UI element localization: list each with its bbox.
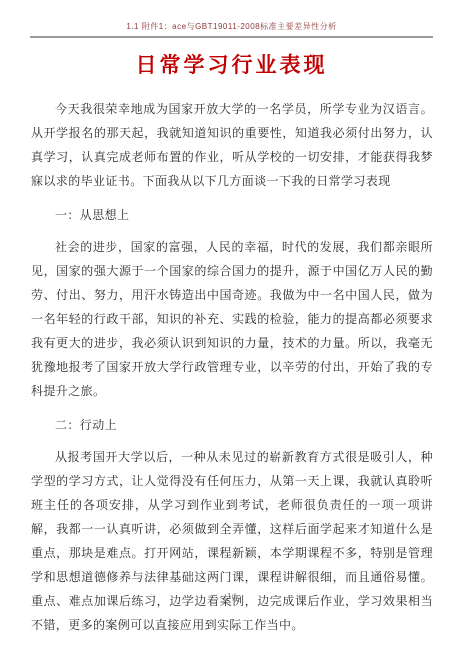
section-heading: 一：从思想上 xyxy=(31,203,433,227)
header-divider xyxy=(30,36,433,38)
document-body: 今天我很荣幸地成为国家开放大学的一名学员，所学专业为汉语言。从开学报名的那天起，… xyxy=(31,97,433,637)
paragraph: 今天我很荣幸地成为国家开放大学的一名学员，所学专业为汉语言。从开学报名的那天起，… xyxy=(31,97,433,193)
section-heading: 二：行动上 xyxy=(31,413,433,437)
page-number: 1d xyxy=(0,592,463,601)
document-title: 日常学习行业表现 xyxy=(30,49,433,79)
page-header-reference: 1.1 附件1：ace与GBT19011-2008标准主要差异性分析 xyxy=(0,0,463,32)
paragraph: 从报考国开大学以后，一种从未见过的崭新教育方式很是吸引人，种学型的学习方式，让人… xyxy=(31,445,433,637)
document-page: 1.1 附件1：ace与GBT19011-2008标准主要差异性分析 日常学习行… xyxy=(0,0,463,655)
paragraph: 社会的进步，国家的富强，人民的幸福，时代的发展，我们都亲眼所见，国家的强大源于一… xyxy=(31,235,433,403)
